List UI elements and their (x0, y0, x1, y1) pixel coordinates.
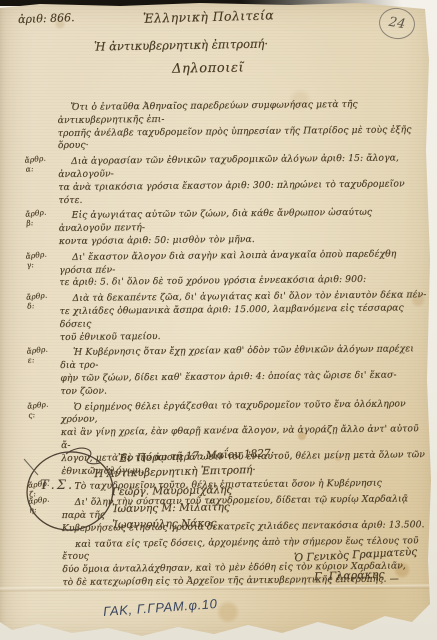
article-word (25, 99, 55, 102)
article-number: α: (25, 162, 56, 174)
article-number: β: (26, 216, 57, 228)
secretary-signature: Γ. Γλαράκης (314, 568, 385, 583)
article-number (29, 536, 59, 539)
paragraph: καὶ ταῦτα εἰς τρεῖς δόσεις, ἀρχομένης ἀπ… (62, 535, 431, 590)
article-margin-label: ἄρθρ. γ: (25, 249, 57, 269)
paragraph: ἄρθρ. δ: Διὰ τὰ δεκαπέντε ζῶα, δι' ἀγωγι… (59, 289, 428, 344)
seal-label: Τ.Σ. (40, 478, 74, 493)
paragraph-text: Διὰ ἀγορασίαν τῶν ἐθνικῶν ταχυδρομικῶν ἀ… (58, 152, 427, 207)
committee-title: Ἡ ἀντικυβερνητικὴ ἐπιτροπή· (94, 36, 268, 53)
article-margin-label: ἄρθρ. β: (25, 208, 57, 228)
seal-mark: Τ.Σ. (22, 441, 122, 536)
paragraph: ἄρθρ. β: Εἰς ἀγωγιάτας αὐτῶν τῶν ζώων, δ… (59, 206, 427, 248)
paragraph-text: Εἰς ἀγωγιάτας αὐτῶν τῶν ζώων, διὰ κάθε ἄ… (59, 206, 427, 248)
signature: Γεώργ. Μαυρομιχάλης (112, 482, 233, 501)
folio-number: 24 (388, 15, 407, 32)
article-margin-label: ἄρθρ. δ: (26, 291, 58, 311)
article-number: ε: (27, 353, 58, 365)
document-scan: ἀριθ: 866. Ἑλληνικὴ Πολιτεία 24 Ἡ ἀντικυ… (0, 0, 437, 640)
document-number: ἀριθ: 866. (18, 11, 75, 26)
article-margin-label (29, 536, 59, 539)
paragraph: ἄρθρ. γ: Δι' ἕκαστον ἄλογον διὰ σαγὴν κα… (59, 248, 427, 290)
article-margin-label (25, 99, 55, 102)
paragraph-text: Δι' ἕκαστον ἄλογον διὰ σαγὴν καὶ λοιπὰ ἀ… (59, 248, 427, 290)
paragraph: ἄρθρ. ε: Ἡ Κυβέρνησις ὅταν ἔχῃ χρείαν κα… (60, 343, 429, 398)
state-title: Ἑλληνικὴ Πολιτεία (143, 7, 274, 25)
archive-reference: ΓΑΚ, Γ.ΓΡΑΜ.φ.10 (103, 596, 218, 619)
article-number (25, 99, 55, 102)
article-margin-label: ἄρθρ. α: (24, 154, 56, 174)
folio-number-badge: 24 (377, 5, 417, 41)
article-margin-label: ἄρθρ. ε: (26, 345, 58, 365)
signature-list: Γεώργ. Μαυρομιχάλης Ἰωάννης Μ: Μιλαΐτης … (112, 482, 233, 534)
paragraph-text: Ὅτι ὁ ἐνταῦθα Ἀθηναῖος παρεδρεύων συμφων… (57, 98, 426, 153)
paragraph: Ὅτι ὁ ἐνταῦθα Ἀθηναῖος παρεδρεύων συμφων… (57, 98, 426, 153)
paragraph-text: καὶ ταῦτα εἰς τρεῖς δόσεις, ἀρχομένης ἀπ… (62, 535, 431, 590)
paragraph-text: Ἡ Κυβέρνησις ὅταν ἔχῃ χρείαν καθ' ὁδὸν τ… (60, 343, 429, 398)
manuscript-paper: ἀριθ: 866. Ἑλληνικὴ Πολιτεία 24 Ἡ ἀντικυ… (0, 0, 437, 640)
article-word (29, 536, 59, 539)
paragraph: ἄρθρ. α: Διὰ ἀγορασίαν τῶν ἐθνικῶν ταχυδ… (58, 152, 427, 207)
paragraph-text: Διὰ τὰ δεκαπέντε ζῶα, δι' ἀγωγιάτας καὶ … (59, 289, 428, 344)
article-number: δ: (27, 299, 58, 311)
declaration-word: Δηλοποιεῖ (172, 60, 244, 76)
article-margin-label: ἄρθρ. ς: (27, 399, 59, 419)
signature: Ἰωαννούλης Νάκος (112, 515, 233, 534)
